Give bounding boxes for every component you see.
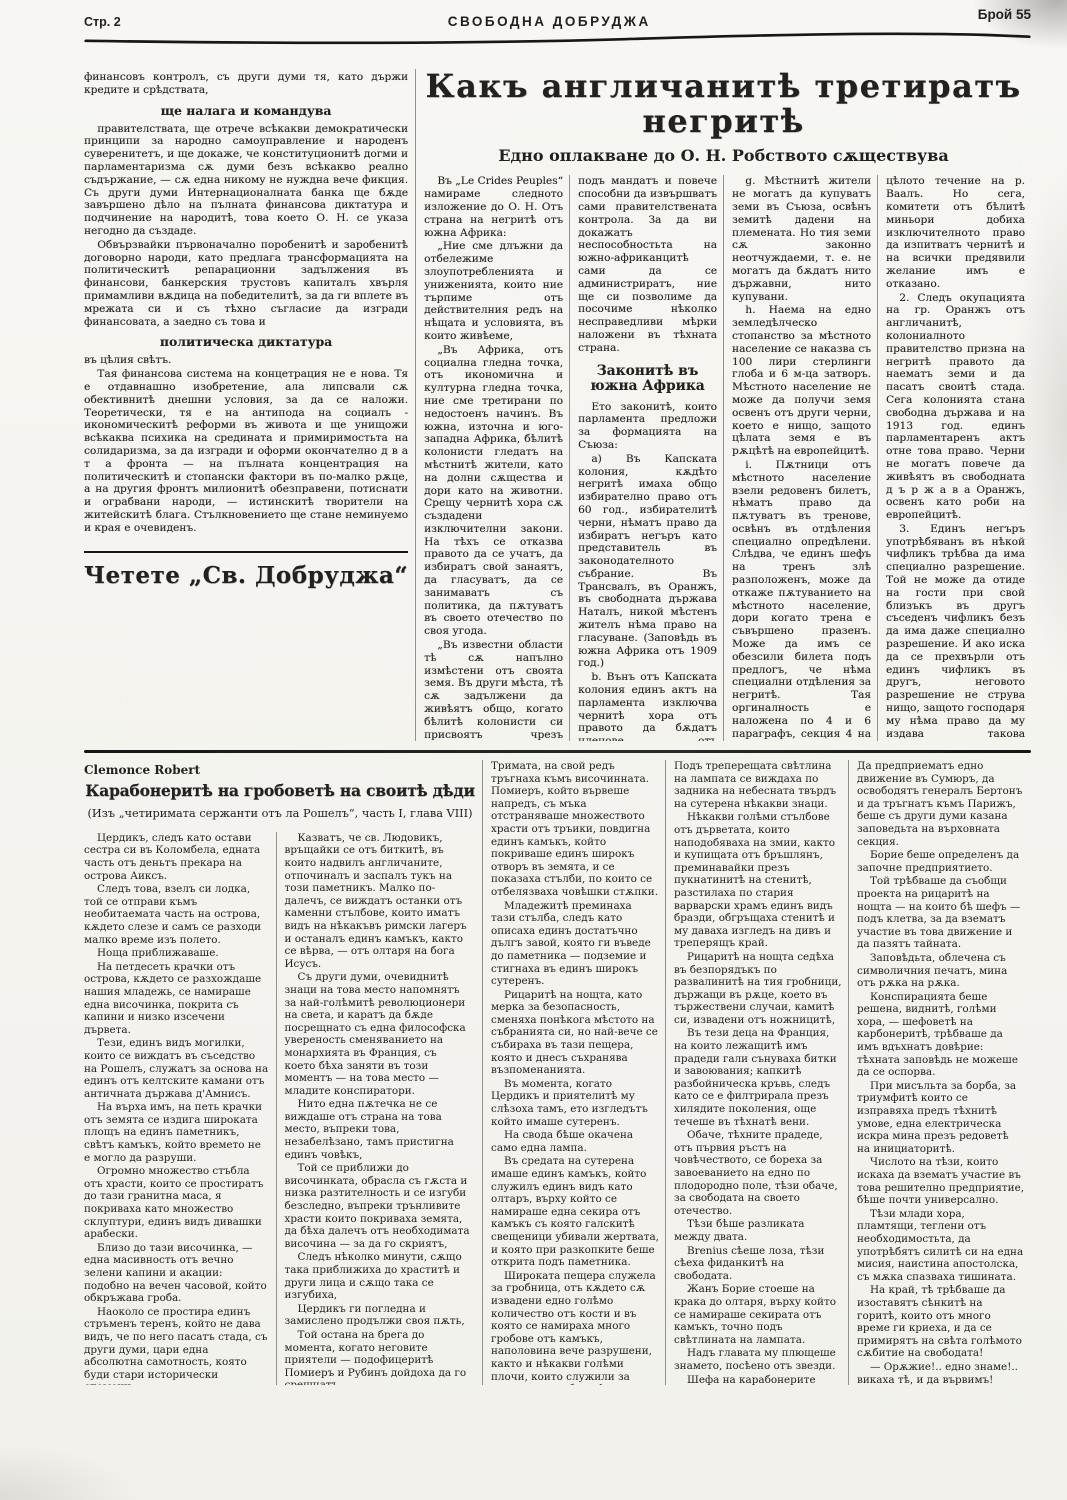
main-article-column-4: цѣлото течение на р. Ваалъ. Но сега, ком… (877, 175, 1031, 741)
page-number: Стр. 2 (84, 15, 121, 29)
newspaper-title: СВОБОДНА ДОБРУДЖА (448, 14, 651, 29)
main-article: Какъ англичанитѣ третиратъ негритѣ Едно … (415, 69, 1031, 741)
paragraph: На върха имъ, на петь крачки отъ земята … (84, 1101, 270, 1164)
paragraph: g. Мѣстнитѣ жители не могатъ да купуватъ… (732, 175, 871, 303)
paragraph: Числото на тѣзи, които искаха да взематъ… (857, 1156, 1025, 1206)
paragraph: Цердикъ ги погледна и замислено продължи… (285, 1303, 471, 1328)
main-article-column-3: g. Мѣстнитѣ жители не могатъ да купуватъ… (723, 175, 877, 741)
paragraph: правителствата, ще отрече всѣкакви демок… (84, 123, 408, 238)
paragraph: Въ тези деца на Франция, на които лежащи… (674, 1027, 842, 1128)
paragraph: „Въ Африка, отъ социална гледна точка, о… (424, 344, 563, 638)
paragraph: Обаче, тѣхните прадеде, отъ първия ръстъ… (674, 1129, 842, 1217)
main-article-column-2: подъ мандатъ и повече способни да извърш… (569, 175, 723, 741)
subheading: ще налага и командува (84, 104, 408, 118)
paragraph: Нѣкакви голѣми стълбове отъ дърветата, к… (674, 811, 842, 950)
paragraph: Казватъ, че св. Людовикъ, връщайки се от… (285, 832, 471, 971)
paragraph: b. Вънъ отъ Капската колония единъ актъ … (578, 671, 717, 741)
paragraph: 3. Единъ негъръ употрѣбяванъ въ нѣкой чи… (886, 523, 1025, 741)
paragraph: Надъ главата му плющеше знамето, посѣено… (674, 1347, 842, 1372)
paragraph: подъ мандатъ и повече способни да извърш… (578, 175, 717, 354)
masthead-rule (84, 30, 1031, 45)
paragraph: Той остана на брега до момента, когато н… (285, 1329, 471, 1385)
section-divider-rule (84, 750, 1031, 753)
paragraph: Широката пещера служела за гробница, отъ… (491, 1270, 659, 1385)
paragraph: Въ момента, когато Цердикъ и приятелитѣ … (491, 1078, 659, 1128)
masthead: Стр. 2 СВОБОДНА ДОБРУДЖА Брой 55 (84, 14, 1031, 29)
paragraph: Наоколо се простира единъ стръменъ терен… (84, 1306, 270, 1385)
paragraph: Конспирацията беше решена, виднитѣ, голѣ… (857, 991, 1025, 1079)
serial-article-left-columns: Цердикъ, следъ като остави сестра си въ … (84, 832, 476, 1385)
paragraph: h. Наема на едно земледѣлческо стопанств… (732, 304, 871, 458)
paragraph: Той се приближи до височинката, обрасла … (285, 1162, 471, 1250)
paragraph: Ето законитѣ, които парламента предложи … (578, 401, 717, 452)
serial-article-title: Карабонеритѣ на гробоветѣ на своитѣ дѣди (84, 782, 476, 800)
paragraph: Тѣзи бѣше разликата между двата. (674, 1218, 842, 1243)
paragraph: При мисъльта за борба, за триумфитѣ коит… (857, 1080, 1025, 1156)
paragraph: „Ние сме длъжни да отбележиме злоупотреб… (424, 240, 563, 342)
newspaper-page: Стр. 2 СВОБОДНА ДОБРУДЖА Брой 55 финансо… (0, 0, 1067, 1500)
main-article-columns: Въ „Le Crides Peuples“ намираме следното… (416, 175, 1031, 741)
paragraph: Жанъ Борие стоеше на крака до олтаря, въ… (674, 1283, 842, 1346)
paragraph: Нито една пѫтечка не се виждаше отъ стра… (285, 1098, 471, 1161)
paragraph: Подъ треперещата свѣтлина на лампата се … (674, 760, 842, 810)
paragraph: 2. Следъ окупацията на гр. Оранжъ отъ ан… (886, 292, 1025, 522)
serial-article-section: Clemonce Robert Карабонеритѣ на гробовет… (84, 760, 1031, 1385)
paragraph: Въ „Le Crides Peuples“ намираме следното… (424, 175, 563, 239)
main-headline: Какъ англичанитѣ третиратъ негритѣ (416, 69, 1031, 139)
serial-article-subtitle: (Изъ „четиримата сержанти отъ ла Рошелъ“… (84, 807, 476, 820)
paragraph: Съ други думи, очевиднитѣ знаци на това … (285, 971, 471, 1097)
paragraph: Тримата, на свой редъ тръгнаха къмъ висо… (491, 760, 659, 899)
paragraph: Борие беше определенъ да започне предпри… (857, 849, 1025, 874)
subheading: политическа диктатура (84, 335, 408, 349)
paragraph: — Орѫжие!.. едно знаме!.. викаха тѣ, и д… (857, 1361, 1025, 1385)
left-column-paragraphs: финансовъ контролъ, съ други думи тя, ка… (84, 71, 408, 535)
paragraph: Следъ нѣколко минути, сѫщо така приближи… (285, 1251, 471, 1301)
paragraph: Следъ това, взелъ си лодка, той се отпра… (84, 883, 270, 946)
paragraph: Brenius сѣеше лоза, тѣзи сѣеха фиданкитѣ… (674, 1245, 842, 1283)
paragraph: Огромно множество стъбла отъ храсти, кои… (84, 1165, 270, 1241)
paragraph: Тези, единъ видъ могилки, които се вижда… (84, 1037, 270, 1100)
serial-article-column-5: Да предприематъ едно движение въ Сумюръ,… (848, 760, 1031, 1385)
paragraph: Шефа на карабонерите посвещаваше събрани… (674, 1374, 842, 1386)
paragraph: Въ средата на сутерена имаше единъ камък… (491, 1155, 659, 1268)
paragraph: Тѣзи млади хора, пламтящи, теглени отъ н… (857, 1208, 1025, 1284)
paragraph: Младежитѣ преминаха тази стълба, следъ к… (491, 900, 659, 988)
paragraph: i. Пѫтници отъ мѣстното население взели … (732, 459, 871, 741)
paragraph: Близо до тази височинка, — една масивнос… (84, 1242, 270, 1305)
issue-number: Брой 55 (978, 7, 1031, 22)
paragraph: цѣлото течение на р. Ваалъ. Но сега, ком… (886, 175, 1025, 290)
paragraph: „Въ известни области тѣ сѫ напълно измѣс… (424, 639, 563, 741)
paragraph: Рицаритѣ на нощта, като мерка за безопас… (491, 989, 659, 1077)
main-article-subtitle: Едно оплакване до О. Н. Робството сѫщест… (416, 146, 1031, 165)
paragraph: а) Въ Капската колония, кѫдѣто негритѣ и… (578, 453, 717, 671)
paragraph: На петдесеть крачки отъ острова, кѫдето … (84, 961, 270, 1037)
serial-article-column-4: Подъ треперещата свѣтлина на лампата се … (665, 760, 848, 1385)
paragraph: Той трѣбваше да съобщи проекта на рицари… (857, 875, 1025, 951)
serial-article-head-block: Clemonce Robert Карабонеритѣ на гробовет… (84, 760, 482, 1385)
paragraph: финансовъ контролъ, съ други думи тя, ка… (84, 71, 408, 97)
paragraph: Ноща приближаваше. (84, 947, 270, 960)
paragraph: Цердикъ, следъ като остави сестра си въ … (84, 832, 270, 882)
serial-article-column-1: Цердикъ, следъ като остави сестра си въ … (84, 832, 276, 1385)
paragraph: Заповѣдьта, облечена съ символичния печа… (857, 952, 1025, 990)
paragraph: Да предприематъ едно движение въ Сумюръ,… (857, 760, 1025, 848)
top-section: финансовъ контролъ, съ други думи тя, ка… (84, 69, 1031, 741)
paragraph: На свода бѣше окачена само една лампа. (491, 1129, 659, 1154)
main-article-column-1: Въ „Le Crides Peuples“ намираме следното… (416, 175, 569, 741)
serial-article-column-2: Казватъ, че св. Людовикъ, връщайки се от… (276, 832, 477, 1385)
paragraph: Тая финансова система на концетрация не … (84, 368, 408, 534)
paragraph: Обвързвайки първоначално поробенитѣ и за… (84, 239, 408, 329)
serial-article-byline: Clemonce Robert (84, 763, 476, 777)
subheading: Законитѣ въ южна Африка (580, 364, 715, 395)
promo-banner: Четете „Св. Добруджа“ (84, 551, 408, 594)
left-column: финансовъ контролъ, съ други думи тя, ка… (84, 69, 415, 741)
paragraph: На край, тѣ трѣбваше да изоставятъ сѣнки… (857, 1284, 1025, 1360)
paragraph: Рицаритѣ на нощта седѣха въ безпорядъкъ … (674, 951, 842, 1027)
paragraph: въ цѣлия свѣтъ. (84, 354, 408, 367)
serial-article-column-3: Тримата, на свой редъ тръгнаха къмъ висо… (482, 760, 665, 1385)
